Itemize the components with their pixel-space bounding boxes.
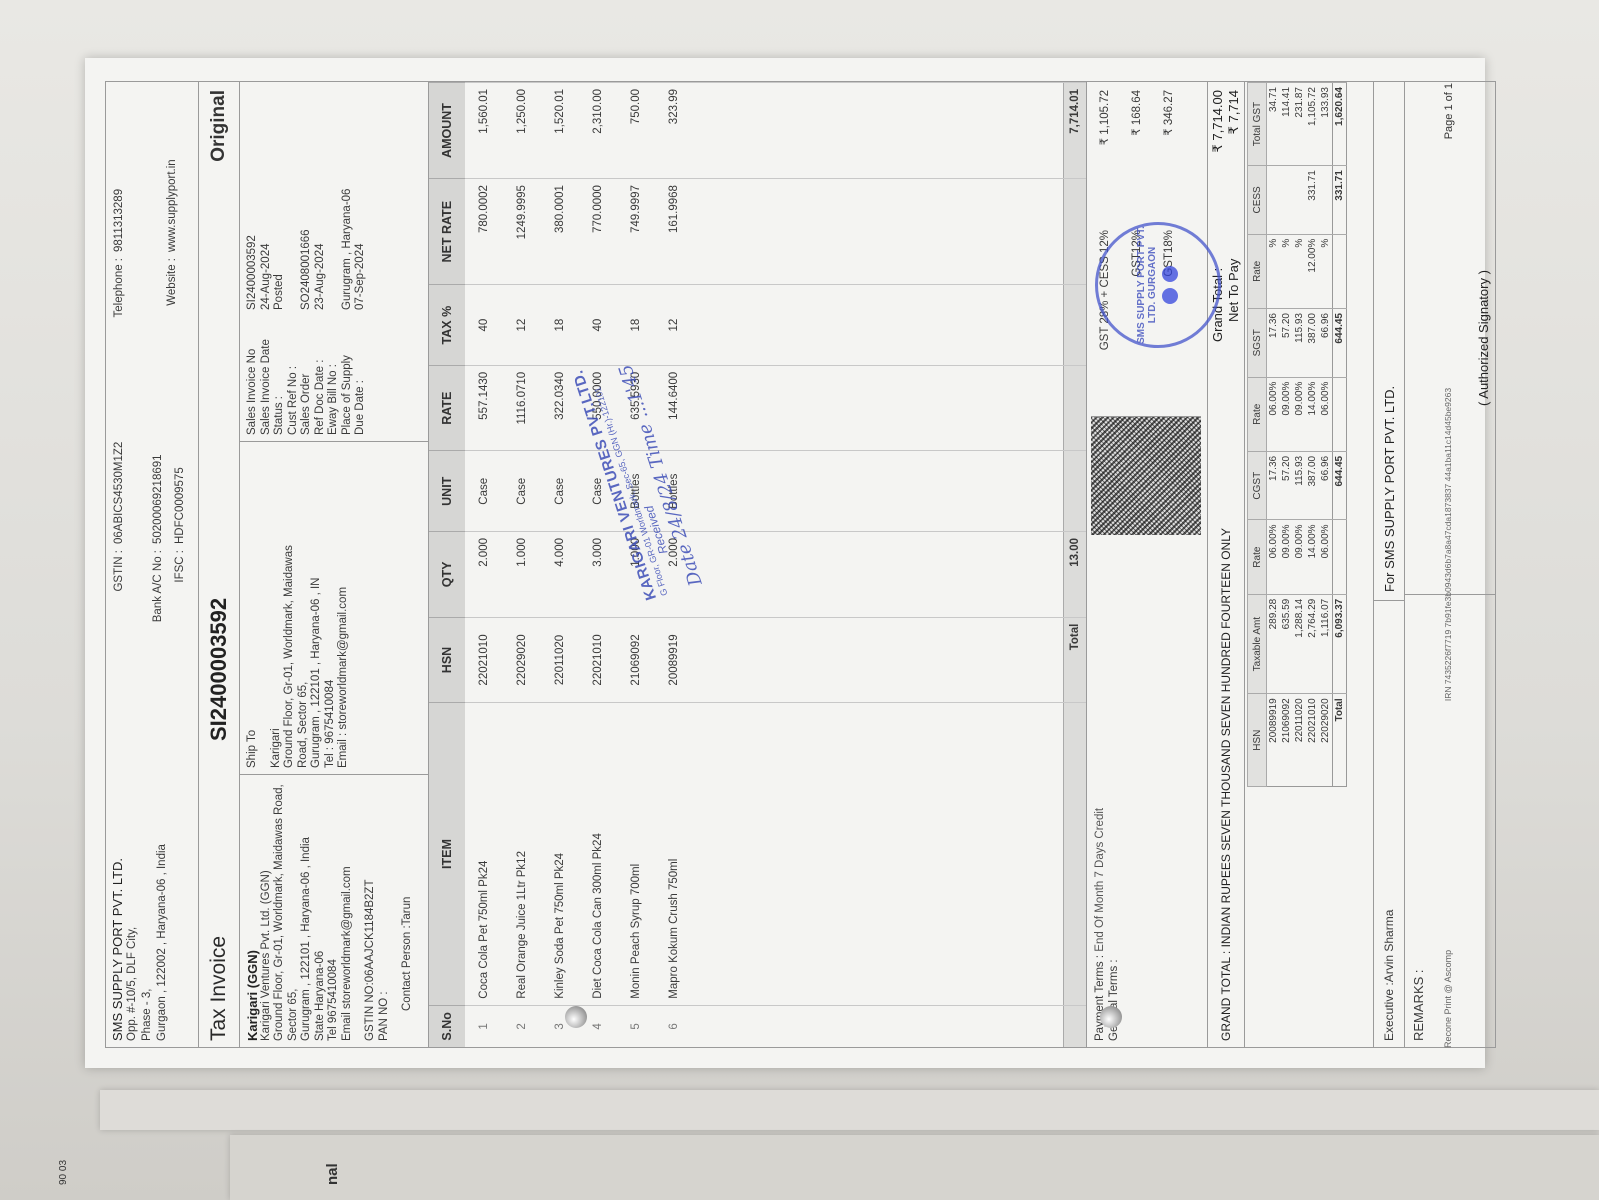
address-section: Karigari (GGN) Karigari Ventures Pvt. Lt…: [240, 82, 429, 1047]
table-cell: 20089919: [1267, 694, 1281, 787]
website: www.supplyport.in: [165, 88, 194, 252]
ship-to-email: Email : storeworldmark@gmail.com: [337, 448, 351, 768]
website-label: Website :: [165, 252, 194, 347]
table-cell: [693, 285, 1064, 366]
total-cell: [1333, 377, 1347, 451]
table-row: 2Real Orange Juice 1Ltr Pk12220290201.00…: [503, 83, 541, 1048]
table-cell: Coca Cola Pet 750ml Pk24: [465, 703, 503, 1005]
table-cell: 323.99: [655, 83, 693, 179]
background-text: 90 03: [58, 1160, 69, 1185]
company-seal: SMS SUPPLY PORT PVT. LTD. GURGAON: [1095, 222, 1221, 348]
punch-hole-icon: [1100, 1006, 1122, 1028]
table-cell: %: [1267, 234, 1281, 308]
qr-code: [1091, 416, 1201, 535]
table-cell: 749.9997: [617, 179, 655, 285]
total-cell: [1333, 520, 1347, 594]
table-cell: 231.87: [1293, 83, 1306, 166]
table-cell: 114.41: [1280, 83, 1293, 166]
table-cell: 57.20: [1280, 451, 1293, 520]
table-cell: 289.28: [1267, 594, 1281, 694]
table-cell: 2.000: [465, 532, 503, 618]
table-cell: Kinley Soda Pet 750ml Pk24: [541, 703, 579, 1005]
total-cell: [1333, 234, 1347, 308]
gst-summary-value: ₹ 346.27: [1163, 90, 1195, 210]
table-cell: 1,288.14: [1293, 594, 1306, 694]
seller-tax-bank: GSTIN : 06ABICS4530M1Z2 Bank A/C No : 50…: [106, 353, 198, 655]
total-row: Total6,093.37644.45644.45331.711,620.64: [1333, 83, 1347, 787]
page-footer: Recone Print @ Ascomp IRN 7435226f7719 7…: [1443, 83, 1455, 1048]
table-cell: 1,116.07: [1319, 594, 1333, 694]
table-cell: [693, 179, 1064, 285]
table-cell: 4.000: [541, 532, 579, 618]
bill-to-address: Ground Floor, Gr-01, Worldmark, Maidawas…: [273, 781, 300, 1041]
table-cell: [693, 617, 1064, 703]
table-cell: 09.00%: [1293, 377, 1306, 451]
column-header: Total GST: [1248, 83, 1267, 166]
table-cell: 387.00: [1306, 451, 1319, 520]
total-cell: 644.45: [1333, 309, 1347, 378]
meta-label: Due Date :: [354, 310, 368, 435]
software-credit: Recone Print @ Ascomp: [1443, 950, 1455, 1048]
table-cell: 22021010: [1306, 694, 1319, 787]
document-title: Tax Invoice: [207, 741, 231, 1047]
hsn-tax-section: HSNTaxable AmtRateCGSTRateSGSTRateCESSTo…: [1245, 82, 1373, 1047]
table-cell: 6: [655, 1005, 693, 1047]
table-cell: 22011020: [541, 617, 579, 703]
seal-dot-icon: [1162, 288, 1178, 304]
table-cell: Case: [465, 451, 503, 532]
bill-to-company: Karigari Ventures Pvt. Ltd. (GGN): [260, 781, 274, 1041]
total-cell: 644.45: [1333, 451, 1347, 520]
table-cell: 331.71: [1306, 166, 1319, 235]
total-cell: [1064, 365, 1087, 451]
table-row: 20089919289.2806.00%17.3606.00%17.36%34.…: [1267, 83, 1281, 787]
table-cell: 66.96: [1319, 451, 1333, 520]
total-cell: 7,714.01: [1064, 83, 1087, 179]
hsn-tax-table: HSNTaxable AmtRateCGSTRateSGSTRateCESSTo…: [1247, 82, 1347, 787]
column-header: TAX %: [429, 285, 465, 366]
table-row: 4Diet Coca Cola Can 300ml Pk24220210103.…: [579, 83, 617, 1048]
telephone: 9811313289: [112, 88, 141, 252]
column-header: CGST: [1248, 451, 1267, 520]
table-cell: 14.00%: [1306, 377, 1319, 451]
meta-value: Posted: [273, 88, 287, 310]
table-cell: 770.0000: [579, 179, 617, 285]
column-header: HSN: [1248, 694, 1267, 787]
background-paper: [230, 1135, 1599, 1200]
table-cell: %: [1319, 234, 1333, 308]
table-cell: 22021010: [465, 617, 503, 703]
table-cell: [693, 365, 1064, 451]
total-cell: [1064, 179, 1087, 285]
column-header: UNIT: [429, 451, 465, 532]
table-cell: 22029020: [1319, 694, 1333, 787]
total-row: Total13.007,714.01: [1064, 83, 1087, 1048]
bill-to-email: Email storeworldmark@gmail.com: [341, 781, 355, 1041]
table-cell: Case: [541, 451, 579, 532]
table-cell: 12.00%: [1306, 234, 1319, 308]
bill-to-pan: PAN NO :: [378, 781, 392, 1041]
column-header: CESS: [1248, 166, 1267, 235]
table-cell: 12: [655, 285, 693, 366]
meta-value: 07-Sep-2024: [354, 88, 368, 310]
executive-row: Executive :Arvin Sharma For SMS SUPPLY P…: [1373, 82, 1405, 1047]
table-cell: 1: [465, 1005, 503, 1047]
column-header: HSN: [429, 617, 465, 703]
table-cell: 22011020: [1293, 694, 1306, 787]
table-cell: 144.6400: [655, 365, 693, 451]
payment-terms-label: Payment Terms :: [1094, 955, 1106, 1041]
table-cell: 06.00%: [1267, 377, 1281, 451]
ship-to-name: Karigari: [270, 448, 284, 768]
table-cell: Monin Peach Syrup 700ml: [617, 703, 655, 1005]
table-cell: 780.0002: [465, 179, 503, 285]
table-cell: 22021010: [579, 617, 617, 703]
bill-to-name: Karigari (GGN): [246, 781, 260, 1041]
table-cell: 750.00: [617, 83, 655, 179]
seal-dot-icon: [1162, 266, 1178, 282]
table-cell: 17.36: [1267, 309, 1281, 378]
total-cell: [1064, 1005, 1087, 1047]
ship-to-address: Gurugram , 122101 , Haryana-06 , IN: [310, 448, 324, 768]
table-cell: 1249.9995: [503, 179, 541, 285]
background-text: nal: [324, 1163, 341, 1185]
total-cell: 13.00: [1064, 532, 1087, 618]
table-row: 220210102,764.2914.00%387.0014.00%387.00…: [1306, 83, 1319, 787]
column-header: S.No: [429, 1005, 465, 1047]
seller-gstin: 06ABICS4530M1Z2: [112, 359, 133, 544]
meta-value: Gurugram , Haryana-06: [341, 88, 355, 310]
table-cell: 1,105.72: [1306, 83, 1319, 166]
table-cell: 2: [503, 1005, 541, 1047]
copy-label: Original: [208, 82, 230, 361]
table-cell: [1319, 166, 1333, 235]
meta-value: SI2400003592: [246, 88, 260, 310]
bill-to-address: Gurugram , 122101 , Haryana-06 , India: [300, 781, 314, 1041]
meta-value: [327, 88, 341, 310]
grand-total-value: ₹ 7,714.00: [1210, 82, 1226, 212]
meta-label: Status :: [273, 310, 287, 435]
table-cell: [693, 703, 1064, 1005]
table-cell: %: [1293, 234, 1306, 308]
payment-terms-value: End Of Month 7 Days Credit: [1094, 808, 1106, 952]
meta-value: [287, 88, 301, 310]
table-cell: [693, 532, 1064, 618]
table-cell: Real Orange Juice 1Ltr Pk12: [503, 703, 541, 1005]
table-row: 220110201,288.1409.00%115.9309.00%115.93…: [1293, 83, 1306, 787]
table-cell: [693, 83, 1064, 179]
table-cell: [693, 451, 1064, 532]
invoice-number: SI2400003592: [206, 361, 232, 741]
meta-value: 24-Aug-2024: [260, 88, 274, 310]
table-cell: 1,520.01: [541, 83, 579, 179]
meta-value: SO2408001666: [300, 88, 314, 310]
table-cell: 5: [617, 1005, 655, 1047]
table-cell: 66.96: [1319, 309, 1333, 378]
total-cell: [1064, 703, 1087, 1005]
table-cell: 2,764.29: [1306, 594, 1319, 694]
seller-address-line: Opp. #-10/5, DLF City,: [125, 661, 140, 1041]
total-cell: [1064, 451, 1087, 532]
table-cell: [1293, 166, 1306, 235]
company-seal-text: SMS SUPPLY PORT PVT. LTD. GURGAON: [1136, 225, 1158, 345]
executive: Executive :Arvin Sharma: [1382, 601, 1396, 1047]
table-row: 3Kinley Soda Pet 750ml Pk24220110204.000…: [541, 83, 579, 1048]
ifsc-label: IFSC :: [173, 544, 194, 649]
total-cell: Total: [1333, 694, 1347, 787]
invoice-paper: SMS SUPPLY PORT PVT. LTD. Opp. #-10/5, D…: [85, 58, 1485, 1068]
table-cell: 3.000: [579, 532, 617, 618]
column-header: NET RATE: [429, 179, 465, 285]
contact-person: Contact Person :Tarun: [401, 781, 415, 1041]
table-cell: 1116.0710: [503, 365, 541, 451]
table-cell: 115.93: [1293, 309, 1306, 378]
meta-label: Place of Supply: [341, 310, 355, 435]
table-cell: 57.20: [1280, 309, 1293, 378]
table-cell: 40: [465, 285, 503, 366]
table-cell: 115.93: [1293, 451, 1306, 520]
table-cell: %: [1280, 234, 1293, 308]
column-header: RATE: [429, 365, 465, 451]
page-number: Page 1 of 1: [1443, 83, 1455, 139]
seller-details: SMS SUPPLY PORT PVT. LTD. Opp. #-10/5, D…: [106, 655, 198, 1047]
total-cell: 331.71: [1333, 166, 1347, 235]
table-cell: 09.00%: [1280, 520, 1293, 594]
table-cell: 557.1430: [465, 365, 503, 451]
table-cell: [1267, 166, 1281, 235]
column-header: QTY: [429, 532, 465, 618]
table-cell: 18: [541, 285, 579, 366]
table-cell: 161.9968: [655, 179, 693, 285]
column-header: Rate: [1248, 520, 1267, 594]
punch-hole-icon: [565, 1006, 587, 1028]
net-to-pay-label: Net To Pay: [1226, 212, 1242, 342]
bill-to-tel: Tel 9675410084: [327, 781, 341, 1041]
table-cell: 40: [579, 285, 617, 366]
net-to-pay-value: ₹ 7,714: [1226, 82, 1242, 212]
for-company: For SMS SUPPLY PORT PVT. LTD.: [1374, 82, 1404, 601]
table-cell: 22029020: [503, 617, 541, 703]
table-cell: [1280, 166, 1293, 235]
table-cell: 635.59: [1280, 594, 1293, 694]
ship-to-heading: Ship To: [246, 448, 260, 768]
table-cell: 09.00%: [1293, 520, 1306, 594]
table-row: 1Coca Cola Pet 750ml Pk24220210102.000Ca…: [465, 83, 503, 1048]
table-cell: 1.000: [503, 532, 541, 618]
gst-summary-value: ₹ 168.64: [1131, 90, 1163, 210]
meta-label: Sales Invoice Date: [260, 310, 274, 435]
meta-label: Ref Doc Date :: [314, 310, 328, 435]
irn-number: IRN 7435226f7719 7b91fe3b0943d6b7a8a47cd…: [1443, 388, 1455, 701]
table-cell: 380.0001: [541, 179, 579, 285]
table-cell: 06.00%: [1267, 520, 1281, 594]
total-cell: 6,093.37: [1333, 594, 1347, 694]
seller-name: SMS SUPPLY PORT PVT. LTD.: [110, 661, 125, 1041]
table-cell: 06.00%: [1319, 377, 1333, 451]
bill-to: Karigari (GGN) Karigari Ventures Pvt. Lt…: [240, 774, 428, 1047]
total-cell: 1,620.64: [1333, 83, 1347, 166]
table-cell: 21069092: [1280, 694, 1293, 787]
ship-to: Ship To Karigari Ground Floor, Gr-01, Wo…: [240, 441, 428, 774]
items-table: S.NoITEMHSNQTYUNITRATETAX %NET RATEAMOUN…: [429, 82, 1086, 1047]
column-header: SGST: [1248, 309, 1267, 378]
table-cell: 09.00%: [1280, 377, 1293, 451]
tax-invoice: SMS SUPPLY PORT PVT. LTD. Opp. #-10/5, D…: [105, 81, 1496, 1048]
table-cell: Diet Coca Cola Can 300ml Pk24: [579, 703, 617, 1005]
gstin-label: GSTIN :: [112, 544, 133, 649]
table-cell: 20089919: [655, 617, 693, 703]
terms: Payment Terms : End Of Month 7 Days Cred…: [1087, 535, 1207, 1047]
column-header: Rate: [1248, 234, 1267, 308]
grand-total-row: GRAND TOTAL : INDIAN RUPEES SEVEN THOUSA…: [1208, 82, 1245, 1047]
table-row: 220290201,116.0706.00%66.9606.00%66.96%1…: [1319, 83, 1333, 787]
table-cell: 06.00%: [1319, 520, 1333, 594]
seller-address-line: Phase - 3,: [140, 661, 155, 1041]
table-cell: 1,250.00: [503, 83, 541, 179]
meta-label: Cust Ref No :: [287, 310, 301, 435]
table-cell: 133.93: [1319, 83, 1333, 166]
bank-label: Bank A/C No :: [151, 544, 172, 649]
table-filler: [693, 83, 1064, 1048]
ship-to-tel: Tel : 9675410084: [324, 448, 338, 768]
table-cell: 2,310.00: [579, 83, 617, 179]
table-cell: 34.71: [1267, 83, 1281, 166]
table-row: 21069092635.5909.00%57.2009.00%57.20%114…: [1280, 83, 1293, 787]
amount-in-words: GRAND TOTAL : INDIAN RUPEES SEVEN THOUSA…: [1219, 342, 1233, 1047]
bill-to-gstin: GSTIN NO:06AAJCK1184B2ZT: [364, 781, 378, 1041]
meta-value: 23-Aug-2024: [314, 88, 328, 310]
table-cell: 17.36: [1267, 451, 1281, 520]
general-terms-label: General Terms :: [1107, 541, 1121, 1041]
seller-address-line: Gurgaon , 122002 , Haryana-06 , India: [155, 661, 170, 1041]
table-cell: Case: [503, 451, 541, 532]
seller-header: SMS SUPPLY PORT PVT. LTD. Opp. #-10/5, D…: [106, 82, 199, 1047]
title-row: Tax Invoice SI2400003592 Original: [199, 82, 240, 1047]
column-header: Taxable Amt: [1248, 594, 1267, 694]
table-cell: 12: [503, 285, 541, 366]
background-paper: [100, 1090, 1599, 1130]
telephone-label: Telephone :: [112, 252, 141, 347]
meta-label: Sales Order: [300, 310, 314, 435]
ship-to-address: Ground Floor, Gr-01, Worldmark, Maidawas: [283, 448, 297, 768]
bill-to-state: State Haryana-06: [314, 781, 328, 1041]
table-cell: 387.00: [1306, 309, 1319, 378]
table-cell: 18: [617, 285, 655, 366]
meta-label: Sales Invoice No: [246, 310, 260, 435]
table-cell: 14.00%: [1306, 520, 1319, 594]
table-cell: 21069092: [617, 617, 655, 703]
table-cell: 1,560.01: [465, 83, 503, 179]
ifsc-code: HDFC0009575: [173, 359, 194, 544]
table-cell: Mapro Kokum Crush 750ml: [655, 703, 693, 1005]
column-header: ITEM: [429, 703, 465, 1005]
seller-contact: Telephone : 9811313289 Website : www.sup…: [106, 82, 198, 353]
total-cell: [1064, 285, 1087, 366]
ship-to-address: Road, Sector 65,: [297, 448, 311, 768]
gst-summary-value: ₹ 1,105.72: [1099, 90, 1131, 210]
total-cell: Total: [1064, 617, 1087, 703]
bank-account: 50200069218691: [151, 359, 172, 544]
column-header: AMOUNT: [429, 83, 465, 179]
invoice-meta: Sales Invoice NoSI2400003592Sales Invoic…: [240, 82, 428, 441]
meta-label: Eway Bill No :: [327, 310, 341, 435]
column-header: Rate: [1248, 377, 1267, 451]
table-cell: [693, 1005, 1064, 1047]
